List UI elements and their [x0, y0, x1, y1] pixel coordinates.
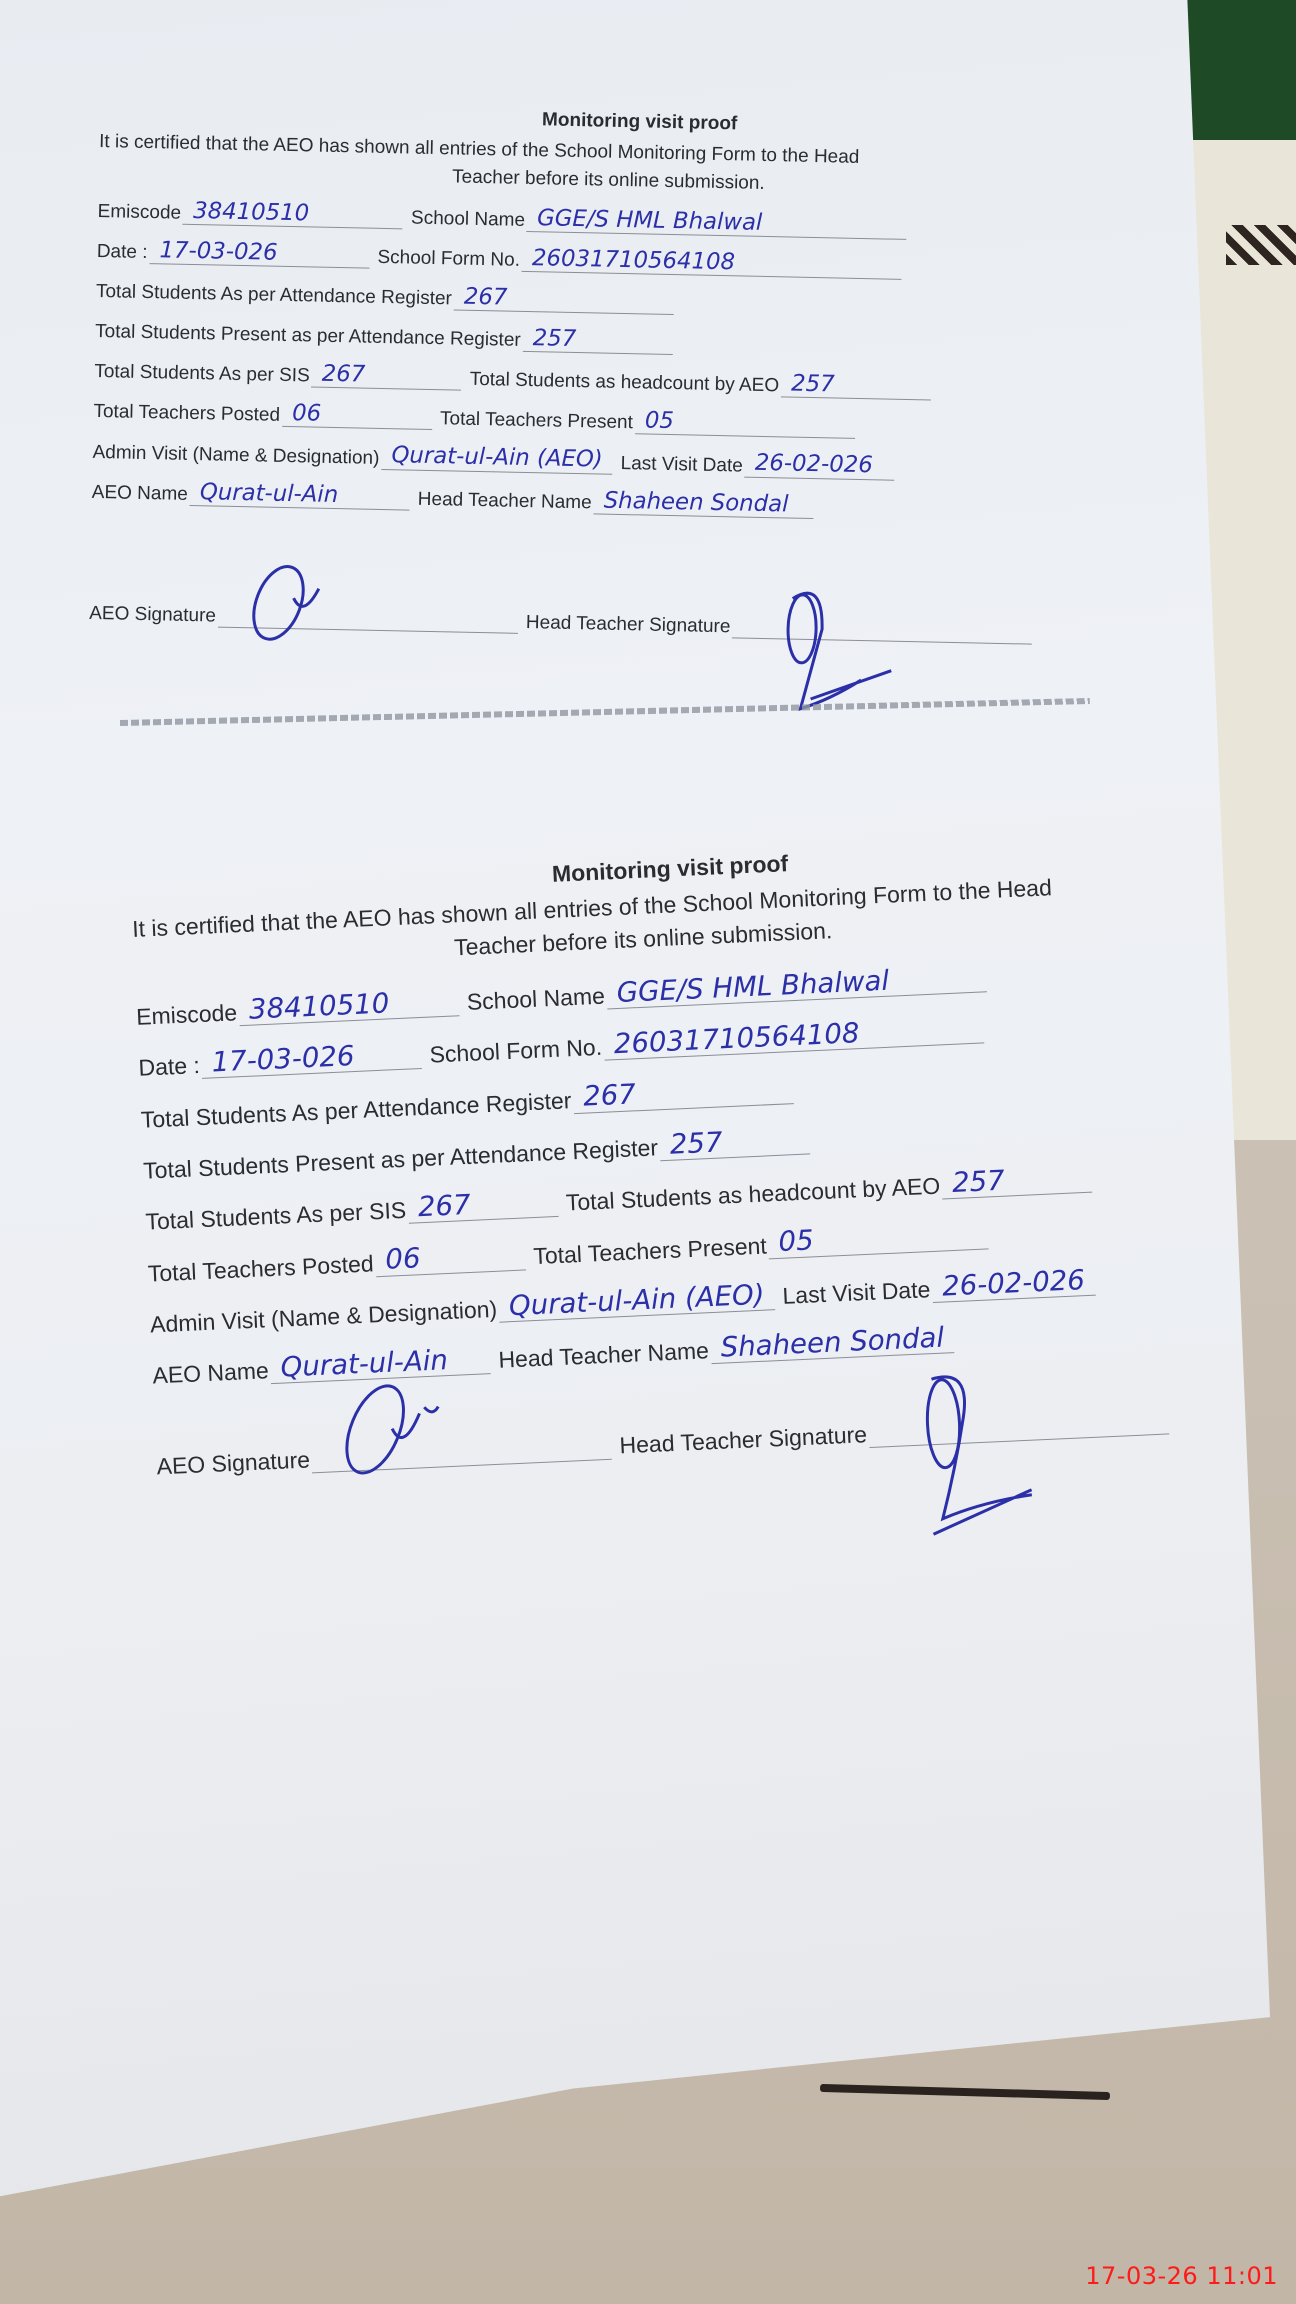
date-label: Date : [138, 1052, 201, 1082]
admin-visit-field[interactable]: Qurat-ul-Ain (AEO) [381, 443, 613, 474]
students-sis-field[interactable]: 267 [407, 1186, 558, 1224]
teachers-posted-field[interactable]: 06 [282, 401, 433, 430]
students-present-label: Total Students Present as per Attendance… [95, 321, 521, 352]
school-name-field[interactable]: GGE/S HML Bhalwal [527, 206, 907, 240]
teachers-posted-label: Total Teachers Posted [147, 1250, 374, 1287]
head-teacher-name-field[interactable]: Shaheen Sondal [593, 488, 813, 519]
head-teacher-signature-label: Head Teacher Signature [526, 612, 731, 638]
head-teacher-signature-scribble-icon [886, 1358, 1094, 1547]
teachers-present-label: Total Teachers Present [533, 1232, 768, 1270]
pen-on-table [820, 2084, 1110, 2100]
last-visit-date-label: Last Visit Date [782, 1276, 931, 1310]
date-field[interactable]: 17-03-026 [201, 1038, 422, 1079]
emiscode-label: Emiscode [136, 999, 238, 1031]
head-teacher-signature-field[interactable] [866, 1364, 1169, 1449]
teachers-posted-label: Total Teachers Posted [93, 401, 280, 427]
background-pattern-band [1226, 225, 1296, 265]
students-register-label: Total Students As per Attendance Registe… [96, 281, 452, 310]
aeo-signature-scribble-icon [328, 1366, 473, 1492]
school-form-no-field[interactable]: 26031710564108 [603, 1012, 984, 1061]
aeo-signature-field[interactable] [309, 1389, 612, 1474]
head-teacher-name-label: Head Teacher Name [498, 1338, 710, 1375]
date-label: Date : [97, 241, 148, 264]
students-present-field[interactable]: 257 [522, 326, 673, 355]
last-visit-date-label: Last Visit Date [620, 453, 743, 478]
photo-timestamp: 17-03-26 11:01 [1085, 2262, 1278, 2290]
aeo-signature-scribble-icon [237, 547, 359, 649]
teachers-present-field[interactable]: 05 [768, 1218, 989, 1259]
students-present-field[interactable]: 257 [659, 1123, 810, 1161]
aeo-signature-label: AEO Signature [89, 602, 216, 627]
students-headcount-label: Total Students as headcount by AEO [565, 1173, 940, 1217]
students-sis-field[interactable]: 267 [311, 362, 462, 391]
emiscode-label: Emiscode [97, 201, 181, 225]
students-headcount-field[interactable]: 257 [781, 372, 932, 401]
teachers-present-field[interactable]: 05 [635, 409, 855, 440]
teachers-posted-field[interactable]: 06 [375, 1239, 526, 1277]
emiscode-field[interactable]: 38410510 [183, 199, 403, 230]
monitoring-form-top: Monitoring visit proof It is certified t… [89, 100, 1180, 647]
aeo-name-field[interactable]: Qurat-ul-Ain [190, 480, 410, 511]
background-green-cloth [1186, 0, 1296, 140]
school-name-label: School Name [466, 983, 605, 1016]
school-form-no-label: School Form No. [377, 247, 520, 272]
head-teacher-signature-field[interactable] [732, 567, 1033, 644]
last-visit-date-field[interactable]: 26-02-026 [931, 1264, 1095, 1303]
monitoring-form-bottom: Monitoring visit proof It is certified t… [130, 831, 1236, 1481]
last-visit-date-field[interactable]: 26-02-026 [745, 451, 896, 480]
aeo-name-label: AEO Name [152, 1358, 269, 1390]
students-present-label: Total Students Present as per Attendance… [143, 1134, 659, 1184]
teachers-present-label: Total Teachers Present [440, 409, 633, 435]
emiscode-field[interactable]: 38410510 [238, 985, 459, 1026]
students-headcount-label: Total Students as headcount by AEO [469, 369, 779, 397]
students-sis-label: Total Students As per SIS [145, 1197, 407, 1236]
school-form-no-field[interactable]: 26031710564108 [522, 246, 902, 280]
students-headcount-field[interactable]: 257 [941, 1162, 1092, 1200]
aeo-signature-field[interactable] [218, 556, 519, 633]
students-register-field[interactable]: 267 [454, 285, 674, 316]
students-register-label: Total Students As per Attendance Registe… [140, 1087, 572, 1134]
school-form-no-label: School Form No. [429, 1034, 603, 1069]
school-name-field[interactable]: GGE/S HML Bhalwal [606, 961, 987, 1010]
admin-visit-field[interactable]: Qurat-ul-Ain (AEO) [498, 1279, 775, 1323]
admin-visit-label: Admin Visit (Name & Designation) [150, 1296, 498, 1339]
students-sis-label: Total Students As per SIS [94, 361, 310, 388]
head-teacher-name-field[interactable]: Shaheen Sondal [710, 1322, 955, 1364]
aeo-name-label: AEO Name [92, 482, 189, 506]
admin-visit-label: Admin Visit (Name & Designation) [92, 441, 379, 469]
students-register-field[interactable]: 267 [573, 1073, 794, 1114]
date-field[interactable]: 17-03-026 [149, 238, 369, 269]
school-name-label: School Name [411, 208, 525, 232]
head-teacher-name-label: Head Teacher Name [418, 488, 592, 514]
